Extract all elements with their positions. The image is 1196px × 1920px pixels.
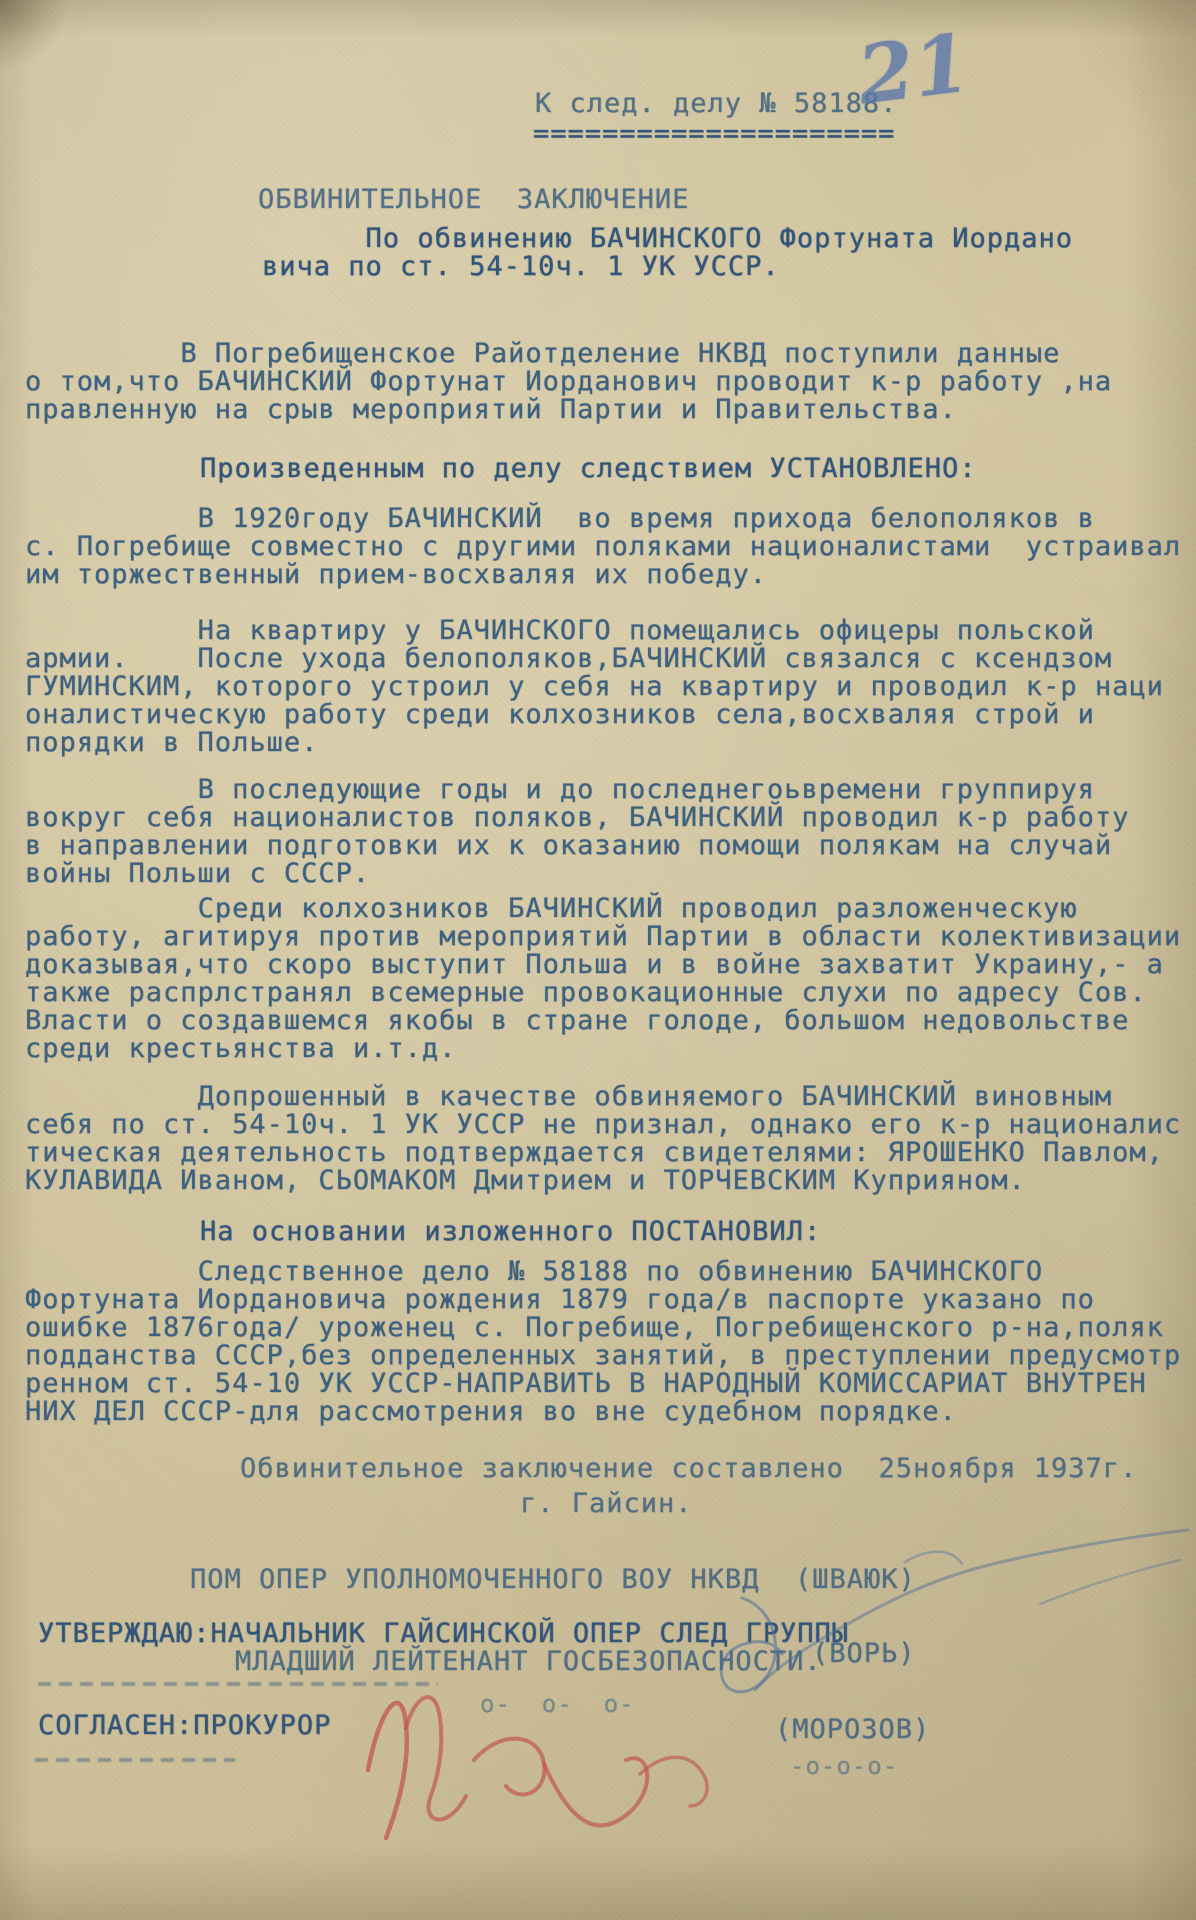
- established-heading: Произведенным по делу следствием УСТАНОВ…: [200, 455, 977, 483]
- scanned-document-page: К след. делу № 58188. ==================…: [0, 0, 1196, 1920]
- investigator-name: (ШВАЮК): [795, 1566, 916, 1594]
- finding-paragraph-2: На квартиру у БАЧИНСКОГО помещались офиц…: [25, 617, 1164, 757]
- red-pencil-signature: [368, 1697, 707, 1838]
- agree-name: (МОРОЗОВ): [775, 1716, 930, 1744]
- finding-paragraph-3: В последующие годы и до последнегоьвреме…: [25, 776, 1129, 888]
- finding-paragraph-1: В 1920году БАЧИНСКИЙ во время прихода бе…: [25, 505, 1181, 589]
- finding-paragraph-4: Среди колхозников БАЧИНСКИЙ проводил раз…: [25, 895, 1181, 1063]
- place-line: г. Гайсин.: [520, 1490, 693, 1518]
- intro-paragraph: В Погребищенское Райотделение НКВД посту…: [25, 340, 1112, 424]
- approver-role: УТВЕРЖДАЮ:НАЧАЛЬНИК ГАЙСИНСКОЙ ОПЕР СЛЕД…: [38, 1620, 849, 1648]
- accusation-subtitle: По обвинению БАЧИНСКОГО Фортуната Иордан…: [262, 225, 1073, 281]
- approver-name: (ВОРЬ): [812, 1640, 916, 1668]
- resolution-heading: На основании изложенного ПОСТАНОВИЛ:: [200, 1218, 821, 1246]
- case-reference-underline: =====================: [533, 120, 895, 148]
- typed-dotted-marks-bottom: -о-о-о-: [790, 1752, 898, 1780]
- typed-dash-underline-bottom: [35, 1758, 235, 1762]
- agree-role: СОГЛАСЕН:ПРОКУРОР: [38, 1712, 331, 1740]
- resolution-paragraph: Следственное дело № 58188 по обвинению Б…: [25, 1258, 1181, 1426]
- composed-date-line: Обвинительное заключение составлено 25но…: [240, 1455, 1137, 1483]
- investigator-role: ПОМ ОПЕР УПОЛНОМОЧЕННОГО ВОУ НКВД: [190, 1566, 759, 1594]
- typed-dotted-marks: о- о- о-: [480, 1690, 635, 1718]
- typed-dash-underline: [38, 1682, 438, 1686]
- handwritten-page-number: 21: [853, 16, 975, 123]
- finding-paragraph-5: Допрошенный в качестве обвиняемого БАЧИН…: [25, 1083, 1181, 1195]
- document-title: ОБВИНИТЕЛЬНОЕ ЗАКЛЮЧЕНИЕ: [258, 186, 689, 214]
- approver-rank: МЛАДШИЙ ЛЕЙТЕНАНТ ГОСБЕЗОПАСНОСТИ.: [235, 1648, 822, 1676]
- case-reference: К след. делу № 58188.: [535, 90, 897, 118]
